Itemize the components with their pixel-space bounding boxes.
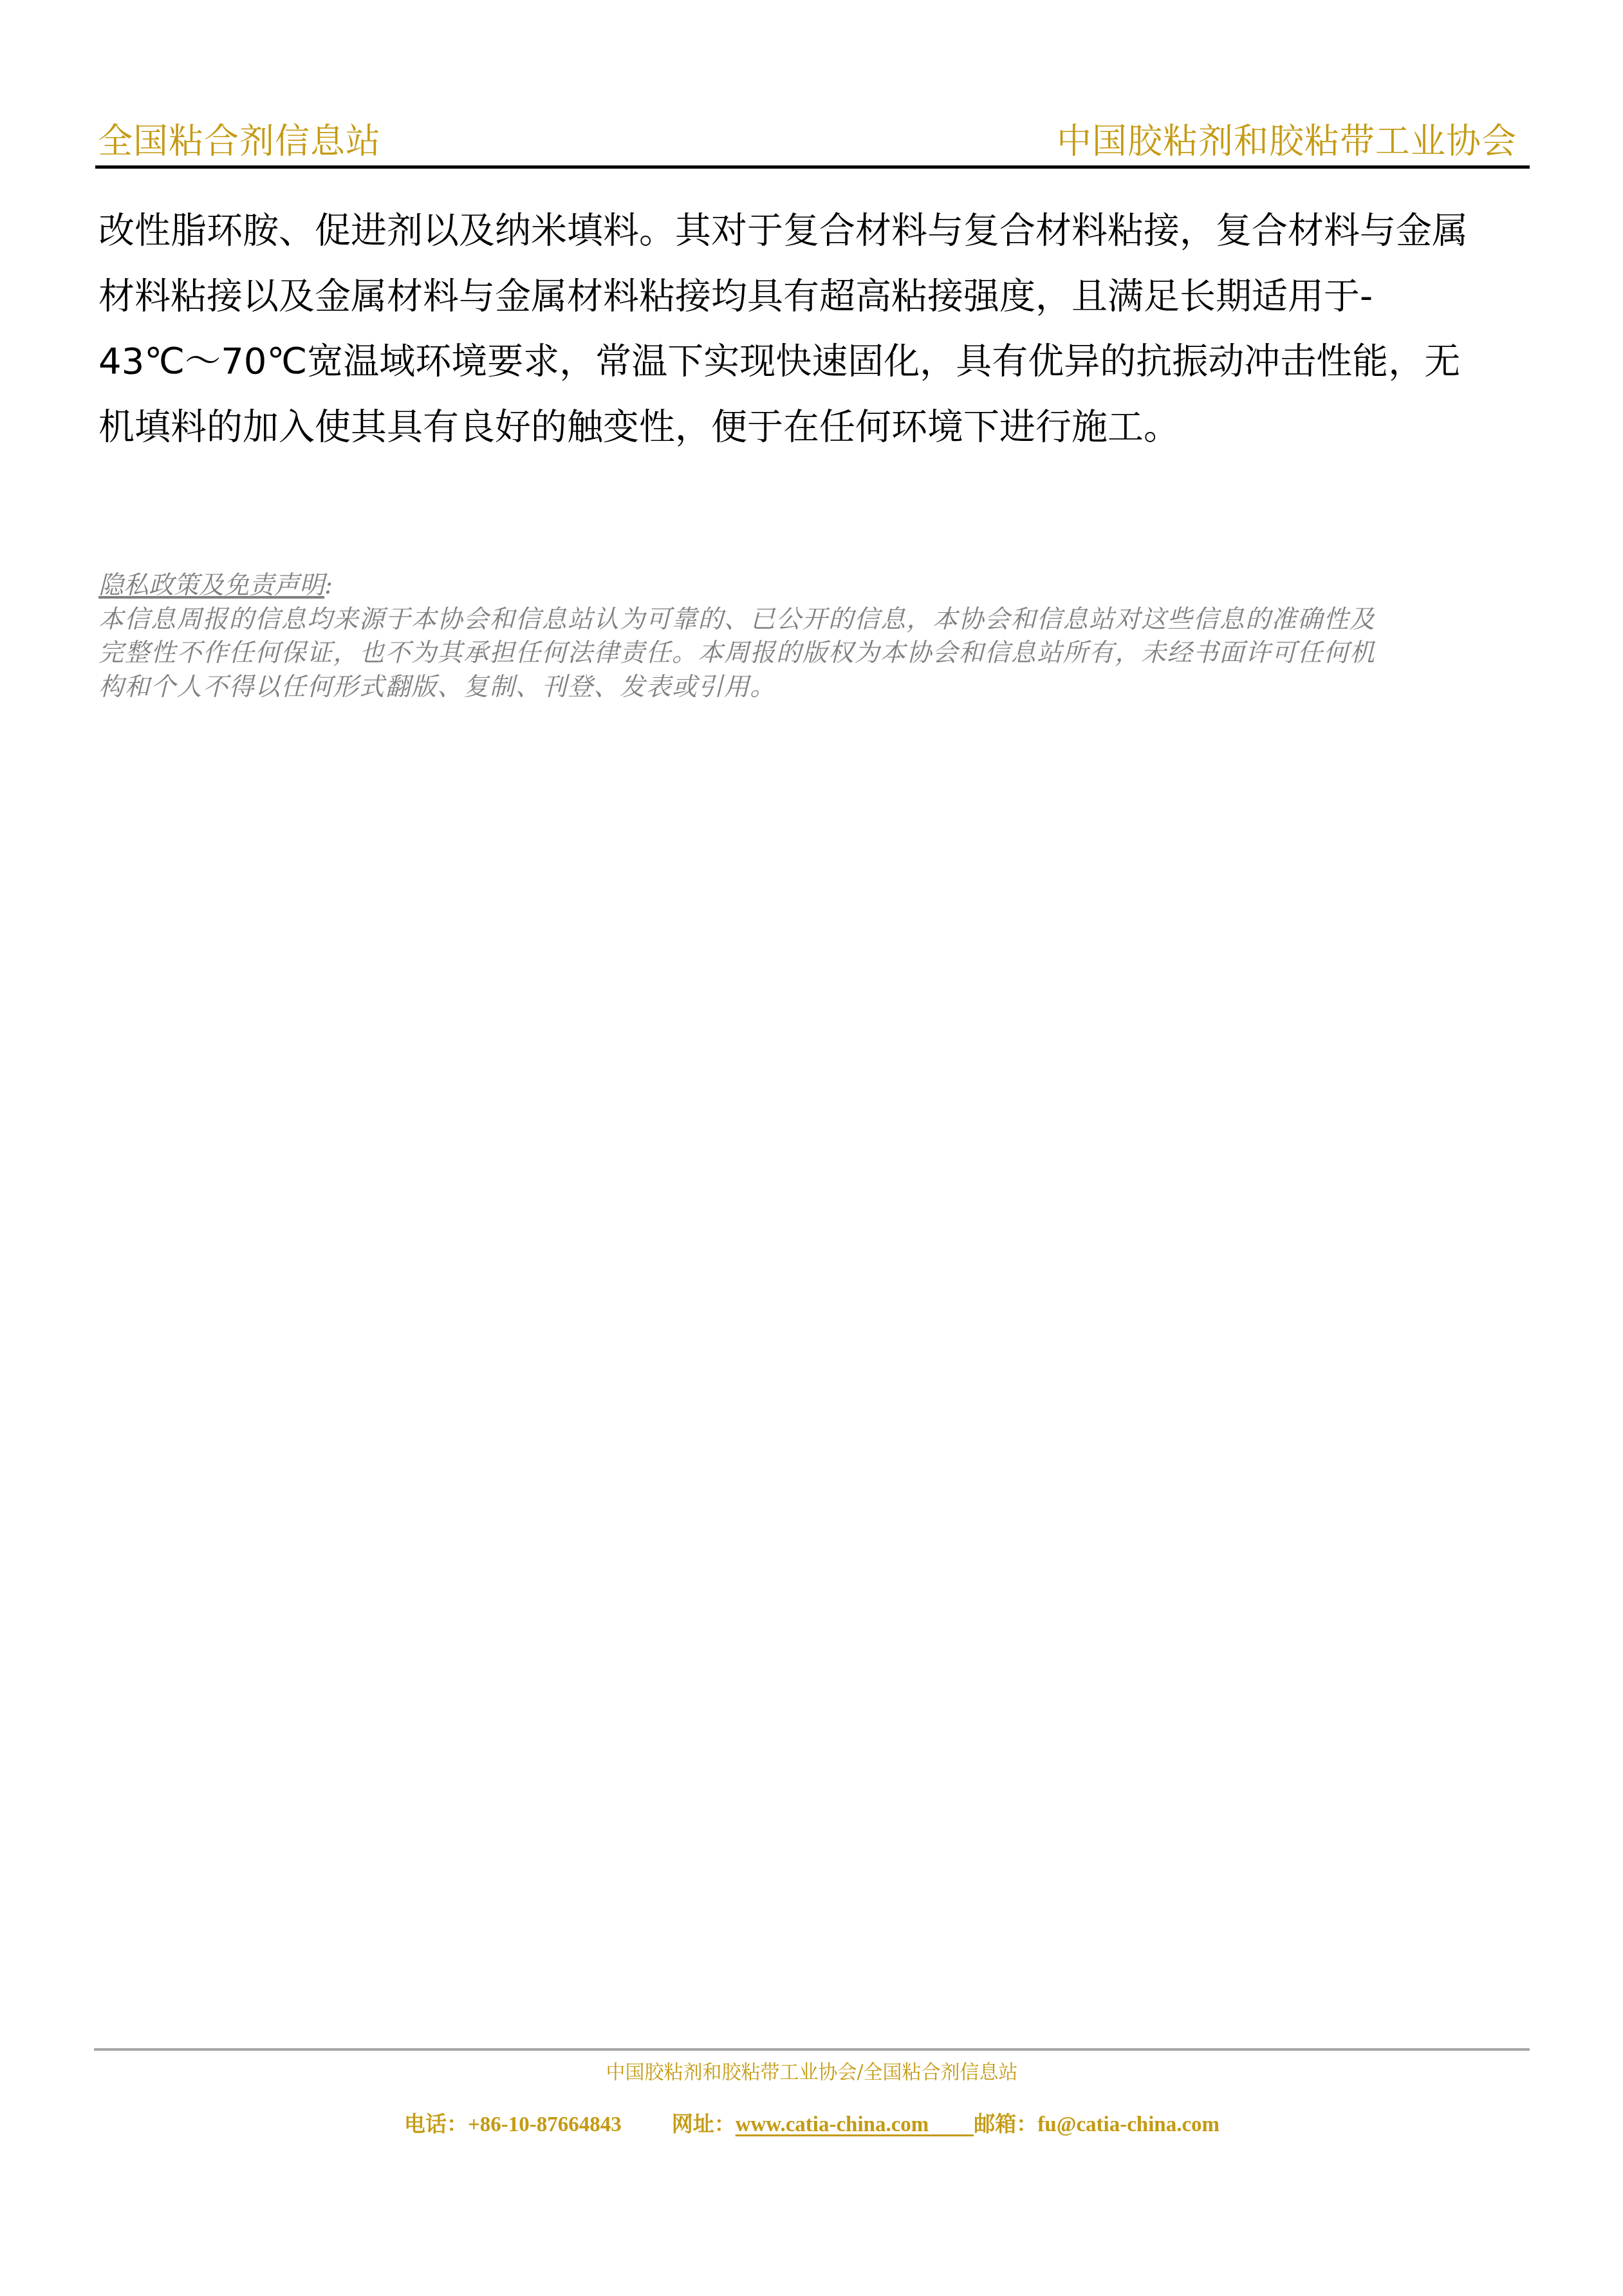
disclaimer-title: 隐私政策及免责声明 (98, 571, 324, 600)
page-footer: 中国胶粘剂和胶粘带工业协会/全国粘合剂信息站 电话：+86-10-8766484… (94, 2048, 1530, 2151)
phone-number: +86-10-87664843 (468, 2113, 622, 2136)
body-line-2: 材料粘接以及金属材料与金属材料粘接均具有超高粘接强度，且满足长期适用于- (98, 264, 1540, 330)
website-link-underline (929, 2115, 974, 2136)
website-link[interactable]: www.catia-china.com (736, 2113, 929, 2136)
body-line-1: 改性脂环胺、促进剂以及纳米填料。其对于复合材料与复合材料粘接，复合材料与金属 (98, 198, 1540, 264)
footer-contact: 电话：+86-10-87664843网址：www.catia-china.com… (94, 2111, 1530, 2138)
disclaimer-title-colon: : (324, 571, 333, 600)
email-address[interactable]: fu@catia-china.com (1037, 2113, 1220, 2136)
footer-divider (94, 2048, 1530, 2051)
body-line-4: 机填料的加入使其具有良好的触变性，便于在任何环境下进行施工。 (98, 395, 1540, 460)
email-label: 邮箱： (974, 2113, 1037, 2136)
body-paragraph: 改性脂环胺、促进剂以及纳米填料。其对于复合材料与复合材料粘接，复合材料与金属 材… (98, 198, 1540, 460)
website-label: 网址： (672, 2113, 736, 2136)
disclaimer-line-1: 本信息周报的信息均来源于本协会和信息站认为可靠的、已公开的信息，本协会和信息站对… (98, 603, 1540, 637)
header-divider (95, 165, 1530, 169)
header-site-name: 全国粘合剂信息站 (98, 121, 381, 162)
phone-label: 电话： (404, 2113, 468, 2136)
disclaimer-heading: 隐私政策及免责声明: (98, 569, 1540, 603)
body-line-3: 43℃～70℃宽温域环境要求，常温下实现快速固化，具有优异的抗振动冲击性能，无 (98, 329, 1540, 395)
page-header: 全国粘合剂信息站 中国胶粘剂和胶粘带工业协会 (95, 113, 1530, 169)
disclaimer-line-3: 构和个人不得以任何形式翻版、复制、刊登、发表或引用。 (98, 671, 1540, 705)
footer-organization: 中国胶粘剂和胶粘带工业协会/全国粘合剂信息站 (94, 2060, 1530, 2086)
header-association-name: 中国胶粘剂和胶粘带工业协会 (1057, 121, 1517, 162)
disclaimer-section: 隐私政策及免责声明: 本信息周报的信息均来源于本协会和信息站认为可靠的、已公开的… (98, 569, 1540, 704)
disclaimer-line-2: 完整性不作任何保证，也不为其承担任何法律责任。本周报的版权为本协会和信息站所有，… (98, 637, 1540, 671)
